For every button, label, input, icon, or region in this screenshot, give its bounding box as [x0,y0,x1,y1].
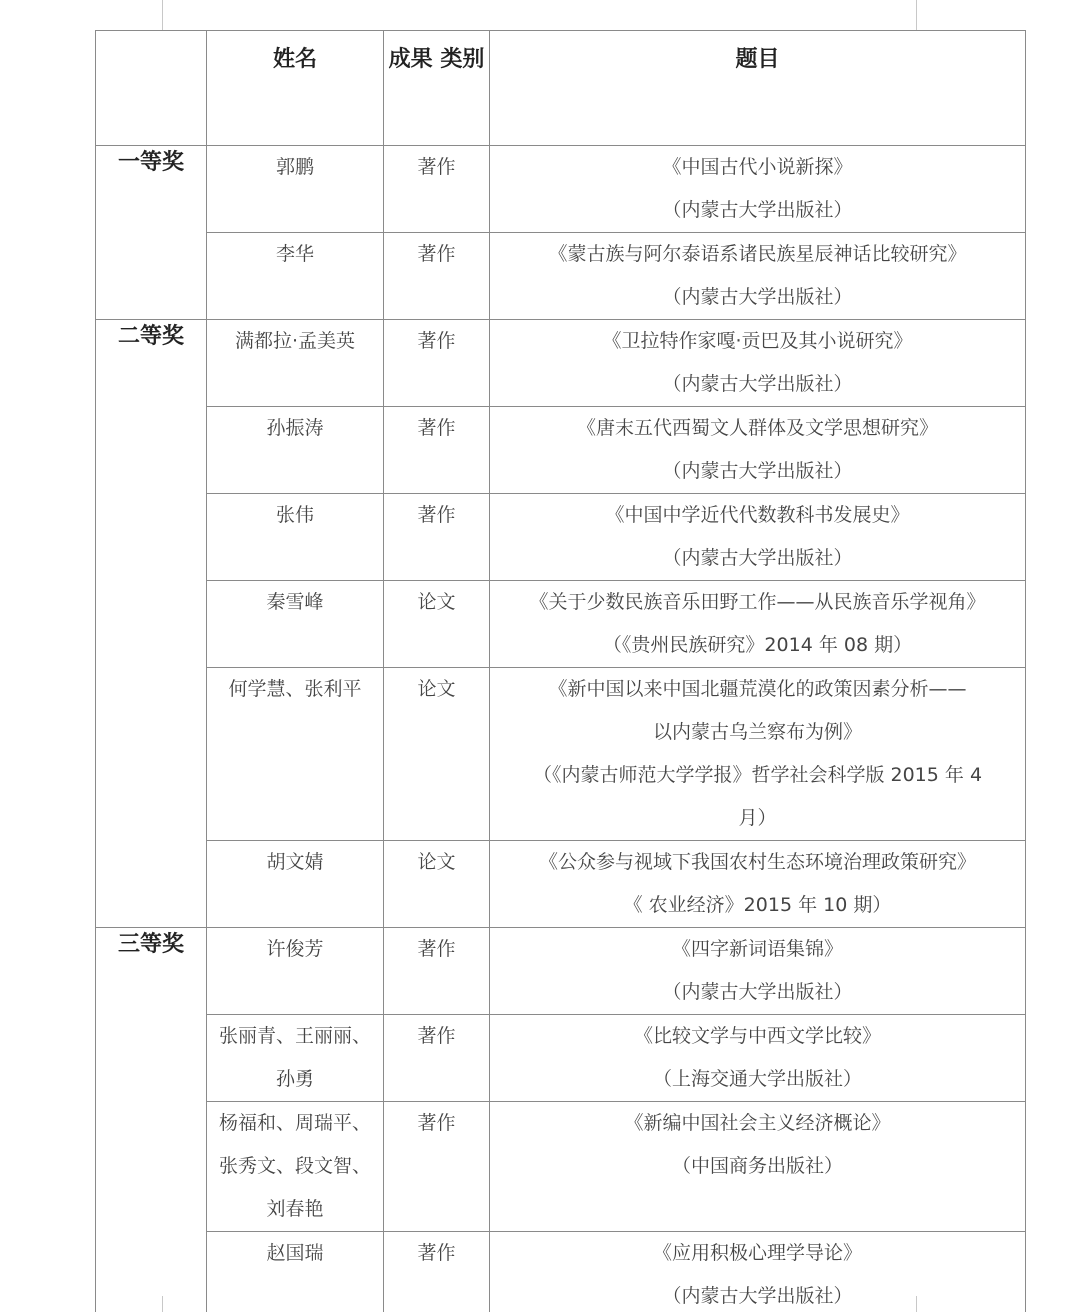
achievement-type: 论文 [384,841,490,928]
work-title: 《关于少数民族音乐田野工作——从民族音乐学视角》（《贵州民族研究》2014 年 … [490,581,1026,668]
author-name-line: 秦雪峰 [207,581,383,624]
work-title: 《新编中国社会主义经济概论》（中国商务出版社） [490,1102,1026,1232]
work-title-line: （内蒙古大学出版社） [490,450,1025,493]
author-name-line: 胡文婧 [207,841,383,884]
work-title-line: （上海交通大学出版社） [490,1058,1025,1101]
work-title-line: 《蒙古族与阿尔泰语系诸民族星辰神话比较研究》 [490,233,1025,276]
work-title-line: 《唐末五代西蜀文人群体及文学思想研究》 [490,407,1025,450]
author-name-line: 郭鹏 [207,146,383,189]
work-title: 《公众参与视域下我国农村生态环境治理政策研究》《 农业经济》2015 年 10 … [490,841,1026,928]
table-row: 孙振涛著作《唐末五代西蜀文人群体及文学思想研究》（内蒙古大学出版社） [96,407,1026,494]
work-title-line: 《新中国以来中国北疆荒漠化的政策因素分析—— [490,668,1025,711]
table-row: 二等奖满都拉·孟美英著作《卫拉特作家嘎·贡巴及其小说研究》（内蒙古大学出版社） [96,320,1026,407]
achievement-type: 著作 [384,1102,490,1232]
work-title-line: （内蒙古大学出版社） [490,189,1025,232]
achievement-type: 著作 [384,407,490,494]
author-name: 秦雪峰 [207,581,384,668]
header-type-line1: 成果 [389,47,433,72]
work-title: 《应用积极心理学导论》（内蒙古大学出版社） [490,1232,1026,1312]
author-name-line: 李华 [207,233,383,276]
table-row: 李华著作《蒙古族与阿尔泰语系诸民族星辰神话比较研究》（内蒙古大学出版社） [96,233,1026,320]
work-title: 《蒙古族与阿尔泰语系诸民族星辰神话比较研究》（内蒙古大学出版社） [490,233,1026,320]
work-title-line: 《卫拉特作家嘎·贡巴及其小说研究》 [490,320,1025,363]
work-title-line: 《比较文学与中西文学比较》 [490,1015,1025,1058]
author-name-line: 杨福和、周瑞平、 [207,1102,383,1145]
work-title-line: 《四字新词语集锦》 [490,928,1025,971]
achievement-type: 著作 [384,928,490,1015]
author-name-line: 孙振涛 [207,407,383,450]
achievement-type: 论文 [384,581,490,668]
work-title-line: 《 农业经济》2015 年 10 期） [490,884,1025,927]
table-row: 杨福和、周瑞平、张秀文、段文智、刘春艳著作《新编中国社会主义经济概论》（中国商务… [96,1102,1026,1232]
work-title-line: （《内蒙古师范大学学报》哲学社会科学版 2015 年 4 [490,754,1025,797]
work-title: 《四字新词语集锦》（内蒙古大学出版社） [490,928,1026,1015]
work-title-line: 《中国中学近代代数教科书发展史》 [490,494,1025,537]
work-title: 《唐末五代西蜀文人群体及文学思想研究》（内蒙古大学出版社） [490,407,1026,494]
work-title-line: （《贵州民族研究》2014 年 08 期） [490,624,1025,667]
table-row: 张丽青、王丽丽、孙勇著作《比较文学与中西文学比较》（上海交通大学出版社） [96,1015,1026,1102]
table-row: 张伟著作《中国中学近代代数教科书发展史》（内蒙古大学出版社） [96,494,1026,581]
header-title: 题目 [490,31,1026,146]
work-title: 《中国中学近代代数教科书发展史》（内蒙古大学出版社） [490,494,1026,581]
table-row: 三等奖许俊芳著作《四字新词语集锦》（内蒙古大学出版社） [96,928,1026,1015]
achievement-type: 著作 [384,146,490,233]
table-row: 一等奖郭鹏著作《中国古代小说新探》（内蒙古大学出版社） [96,146,1026,233]
author-name: 张丽青、王丽丽、孙勇 [207,1015,384,1102]
work-title-line: （内蒙古大学出版社） [490,276,1025,319]
work-title: 《中国古代小说新探》（内蒙古大学出版社） [490,146,1026,233]
header-award [96,31,207,146]
award-level: 三等奖 [96,928,207,1312]
work-title-line: （内蒙古大学出版社） [490,537,1025,580]
table-row: 赵国瑞著作《应用积极心理学导论》（内蒙古大学出版社） [96,1232,1026,1312]
header-type: 成果 类别 [384,31,490,146]
work-title: 《比较文学与中西文学比较》（上海交通大学出版社） [490,1015,1026,1102]
author-name: 李华 [207,233,384,320]
achievement-type: 著作 [384,1015,490,1102]
author-name: 赵国瑞 [207,1232,384,1312]
page-margin-mark-top-left [162,0,163,30]
author-name: 郭鹏 [207,146,384,233]
work-title-line: 以内蒙古乌兰察布为例》 [490,711,1025,754]
achievement-type: 著作 [384,1232,490,1312]
author-name: 满都拉·孟美英 [207,320,384,407]
award-level: 二等奖 [96,320,207,928]
work-title: 《新中国以来中国北疆荒漠化的政策因素分析——以内蒙古乌兰察布为例》（《内蒙古师范… [490,668,1026,841]
author-name-line: 满都拉·孟美英 [207,320,383,363]
work-title-line: （内蒙古大学出版社） [490,971,1025,1014]
author-name: 许俊芳 [207,928,384,1015]
work-title-line: （内蒙古大学出版社） [490,1275,1025,1312]
work-title-line: 《关于少数民族音乐田野工作——从民族音乐学视角》 [490,581,1025,624]
work-title-line: （内蒙古大学出版社） [490,363,1025,406]
author-name-line: 许俊芳 [207,928,383,971]
work-title: 《卫拉特作家嘎·贡巴及其小说研究》（内蒙古大学出版社） [490,320,1026,407]
author-name-line: 何学慧、张利平 [207,668,383,711]
author-name-line: 张伟 [207,494,383,537]
table-row: 何学慧、张利平论文《新中国以来中国北疆荒漠化的政策因素分析——以内蒙古乌兰察布为… [96,668,1026,841]
author-name: 张伟 [207,494,384,581]
work-title-line: （中国商务出版社） [490,1145,1025,1188]
work-title-line: 月） [490,797,1025,840]
work-title-line: 《应用积极心理学导论》 [490,1232,1025,1275]
achievement-type: 论文 [384,668,490,841]
work-title-line: 《公众参与视域下我国农村生态环境治理政策研究》 [490,841,1025,884]
work-title-line: 《中国古代小说新探》 [490,146,1025,189]
table-row: 秦雪峰论文《关于少数民族音乐田野工作——从民族音乐学视角》（《贵州民族研究》20… [96,581,1026,668]
achievement-type: 著作 [384,320,490,407]
author-name: 何学慧、张利平 [207,668,384,841]
author-name: 胡文婧 [207,841,384,928]
author-name: 孙振涛 [207,407,384,494]
author-name-line: 孙勇 [207,1058,383,1101]
author-name: 杨福和、周瑞平、张秀文、段文智、刘春艳 [207,1102,384,1232]
header-row: 姓名 成果 类别 题目 [96,31,1026,146]
author-name-line: 张秀文、段文智、 [207,1145,383,1188]
author-name-line: 刘春艳 [207,1188,383,1231]
awards-table: 姓名 成果 类别 题目 一等奖郭鹏著作《中国古代小说新探》（内蒙古大学出版社）李… [95,30,1026,1312]
author-name-line: 张丽青、王丽丽、 [207,1015,383,1058]
achievement-type: 著作 [384,494,490,581]
work-title-line: 《新编中国社会主义经济概论》 [490,1102,1025,1145]
header-name: 姓名 [207,31,384,146]
award-level: 一等奖 [96,146,207,320]
table-row: 胡文婧论文《公众参与视域下我国农村生态环境治理政策研究》《 农业经济》2015 … [96,841,1026,928]
page-margin-mark-top-right [916,0,917,30]
author-name-line: 赵国瑞 [207,1232,383,1275]
achievement-type: 著作 [384,233,490,320]
header-type-line2: 类别 [440,47,484,72]
